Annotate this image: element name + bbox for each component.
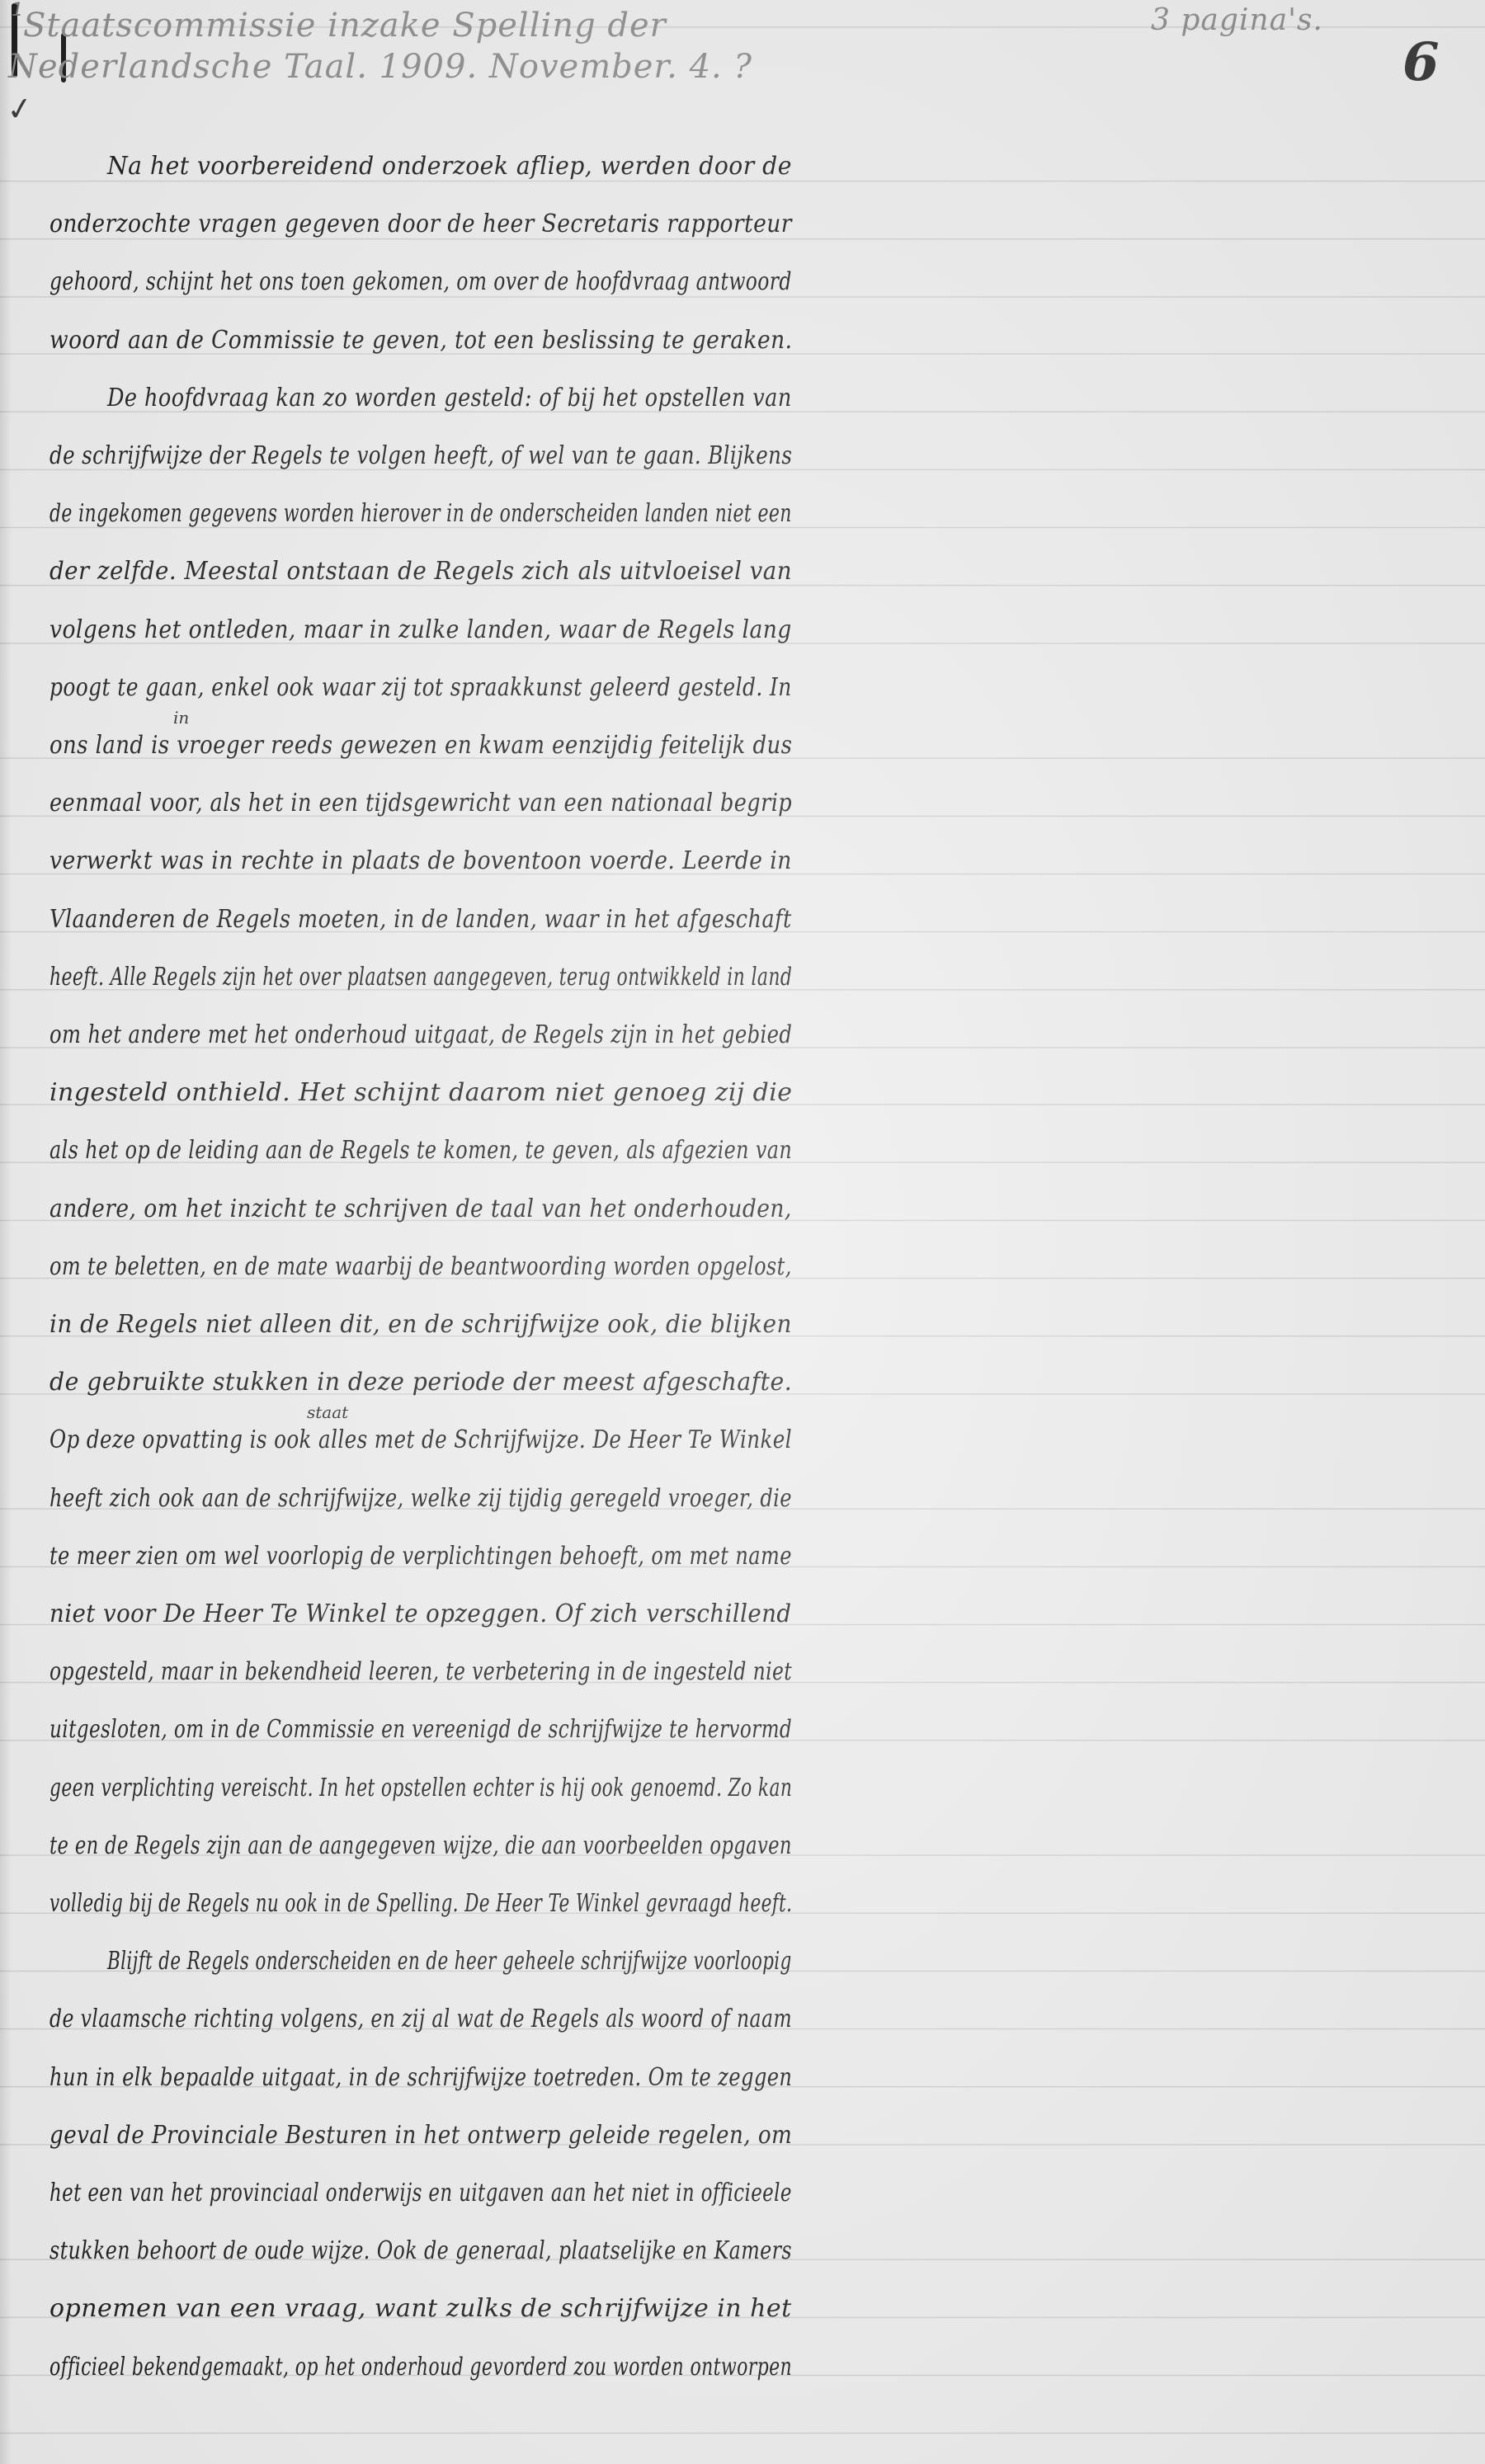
handwritten-line: ingesteld onthield. Het schijnt daarom n… — [49, 1078, 792, 1107]
handwritten-line: heeft. Alle Regels zijn het over plaatse… — [49, 963, 792, 992]
handwritten-line: poogt te gaan, enkel ook waar zij tot sp… — [49, 673, 792, 702]
handwritten-line: geen verplichting vereischt. In het opst… — [49, 1774, 792, 1802]
handwritten-line: opgesteld, maar in bekendheid leeren, te… — [49, 1657, 792, 1686]
handwritten-line: als het op de leiding aan de Regels te k… — [49, 1136, 792, 1165]
handwritten-line: volledig bij de Regels nu ook in de Spel… — [49, 1889, 792, 1918]
handwritten-line: officieel bekendgemaakt, op het onderhou… — [49, 2353, 792, 2382]
handwritten-line: om te beletten, en de mate waarbij de be… — [49, 1252, 792, 1281]
handwritten-line: heeft zich ook aan de schrijfwijze, welk… — [49, 1484, 792, 1513]
handwritten-line: hun in elk bepaalde uitgaat, in de schri… — [49, 2063, 792, 2092]
corner-mark: 1 — [12, 0, 23, 21]
handwritten-line: der zelfde. Meestal ontstaan de Regels z… — [49, 557, 792, 586]
handwritten-line: de ingekomen gegevens worden hierover in… — [49, 499, 792, 528]
handwritten-line: gehoord, schijnt het ons toen gekomen, o… — [49, 267, 792, 296]
interlinear-correction: staat — [307, 1402, 348, 1422]
handwritten-line: te meer zien om wel voorlopig de verplic… — [49, 1542, 792, 1571]
handwritten-line: geval de Provinciale Besturen in het ont… — [49, 2121, 792, 2150]
handwritten-line: de schrijfwijze der Regels te volgen hee… — [49, 441, 792, 470]
handwritten-line: niet voor De Heer Te Winkel te opzeggen.… — [49, 1599, 792, 1628]
handwritten-line: opnemen van een vraag, want zulks de sch… — [49, 2294, 792, 2323]
handwritten-line: onderzochte vragen gegeven door de heer … — [49, 210, 792, 238]
handwritten-line: stukken behoort de oude wijze. Ook de ge… — [49, 2236, 792, 2265]
handwritten-line: Na het voorbereidend onderzoek afliep, w… — [107, 152, 792, 181]
header-title-line-2: Nederlandsche Taal. 1909. November. 4. ? — [8, 48, 752, 86]
page-number: 6 — [1402, 31, 1440, 93]
header-title-line-1: Staatscommissie inzake Spelling der — [23, 7, 667, 45]
handwritten-line: de vlaamsche richting volgens, en zij al… — [49, 2005, 792, 2033]
page-edge-shadow — [0, 0, 12, 2464]
handwritten-line: ons land is vroeger reeds gewezen en kwa… — [49, 731, 792, 760]
handwritten-line: volgens het ontleden, maar in zulke land… — [49, 615, 792, 644]
handwritten-line: verwerkt was in rechte in plaats de bove… — [49, 846, 792, 875]
handwritten-line: de gebruikte stukken in deze periode der… — [49, 1368, 792, 1397]
page-count-note: 3 pagina's. — [1151, 3, 1323, 37]
interlinear-correction: in — [173, 708, 189, 728]
handwritten-line: Blijft de Regels onderscheiden en de hee… — [107, 1947, 792, 1976]
handwritten-line: het een van het provinciaal onderwijs en… — [49, 2179, 792, 2207]
manuscript-page: 1 ✓ Staatscommissie inzake Spelling der … — [0, 0, 1485, 2464]
check-mark-icon: ✓ — [4, 89, 35, 129]
handwritten-line: andere, om het inzicht te schrijven de t… — [49, 1194, 792, 1223]
handwritten-line: om het andere met het onderhoud uitgaat,… — [49, 1020, 792, 1049]
handwritten-line: Op deze opvatting is ook alles met de Sc… — [49, 1425, 792, 1454]
handwritten-line: uitgesloten, om in de Commissie en veree… — [49, 1715, 792, 1744]
handwritten-line: in de Regels niet alleen dit, en de schr… — [49, 1310, 792, 1339]
handwritten-line: Vlaanderen de Regels moeten, in de lande… — [49, 905, 792, 934]
handwritten-line: woord aan de Commissie te geven, tot een… — [49, 326, 792, 355]
handwritten-line: De hoofdvraag kan zo worden gesteld: of … — [107, 384, 792, 412]
handwritten-line: te en de Regels zijn aan de aangegeven w… — [49, 1831, 792, 1860]
handwritten-line: eenmaal voor, als het in een tijdsgewric… — [49, 789, 792, 817]
